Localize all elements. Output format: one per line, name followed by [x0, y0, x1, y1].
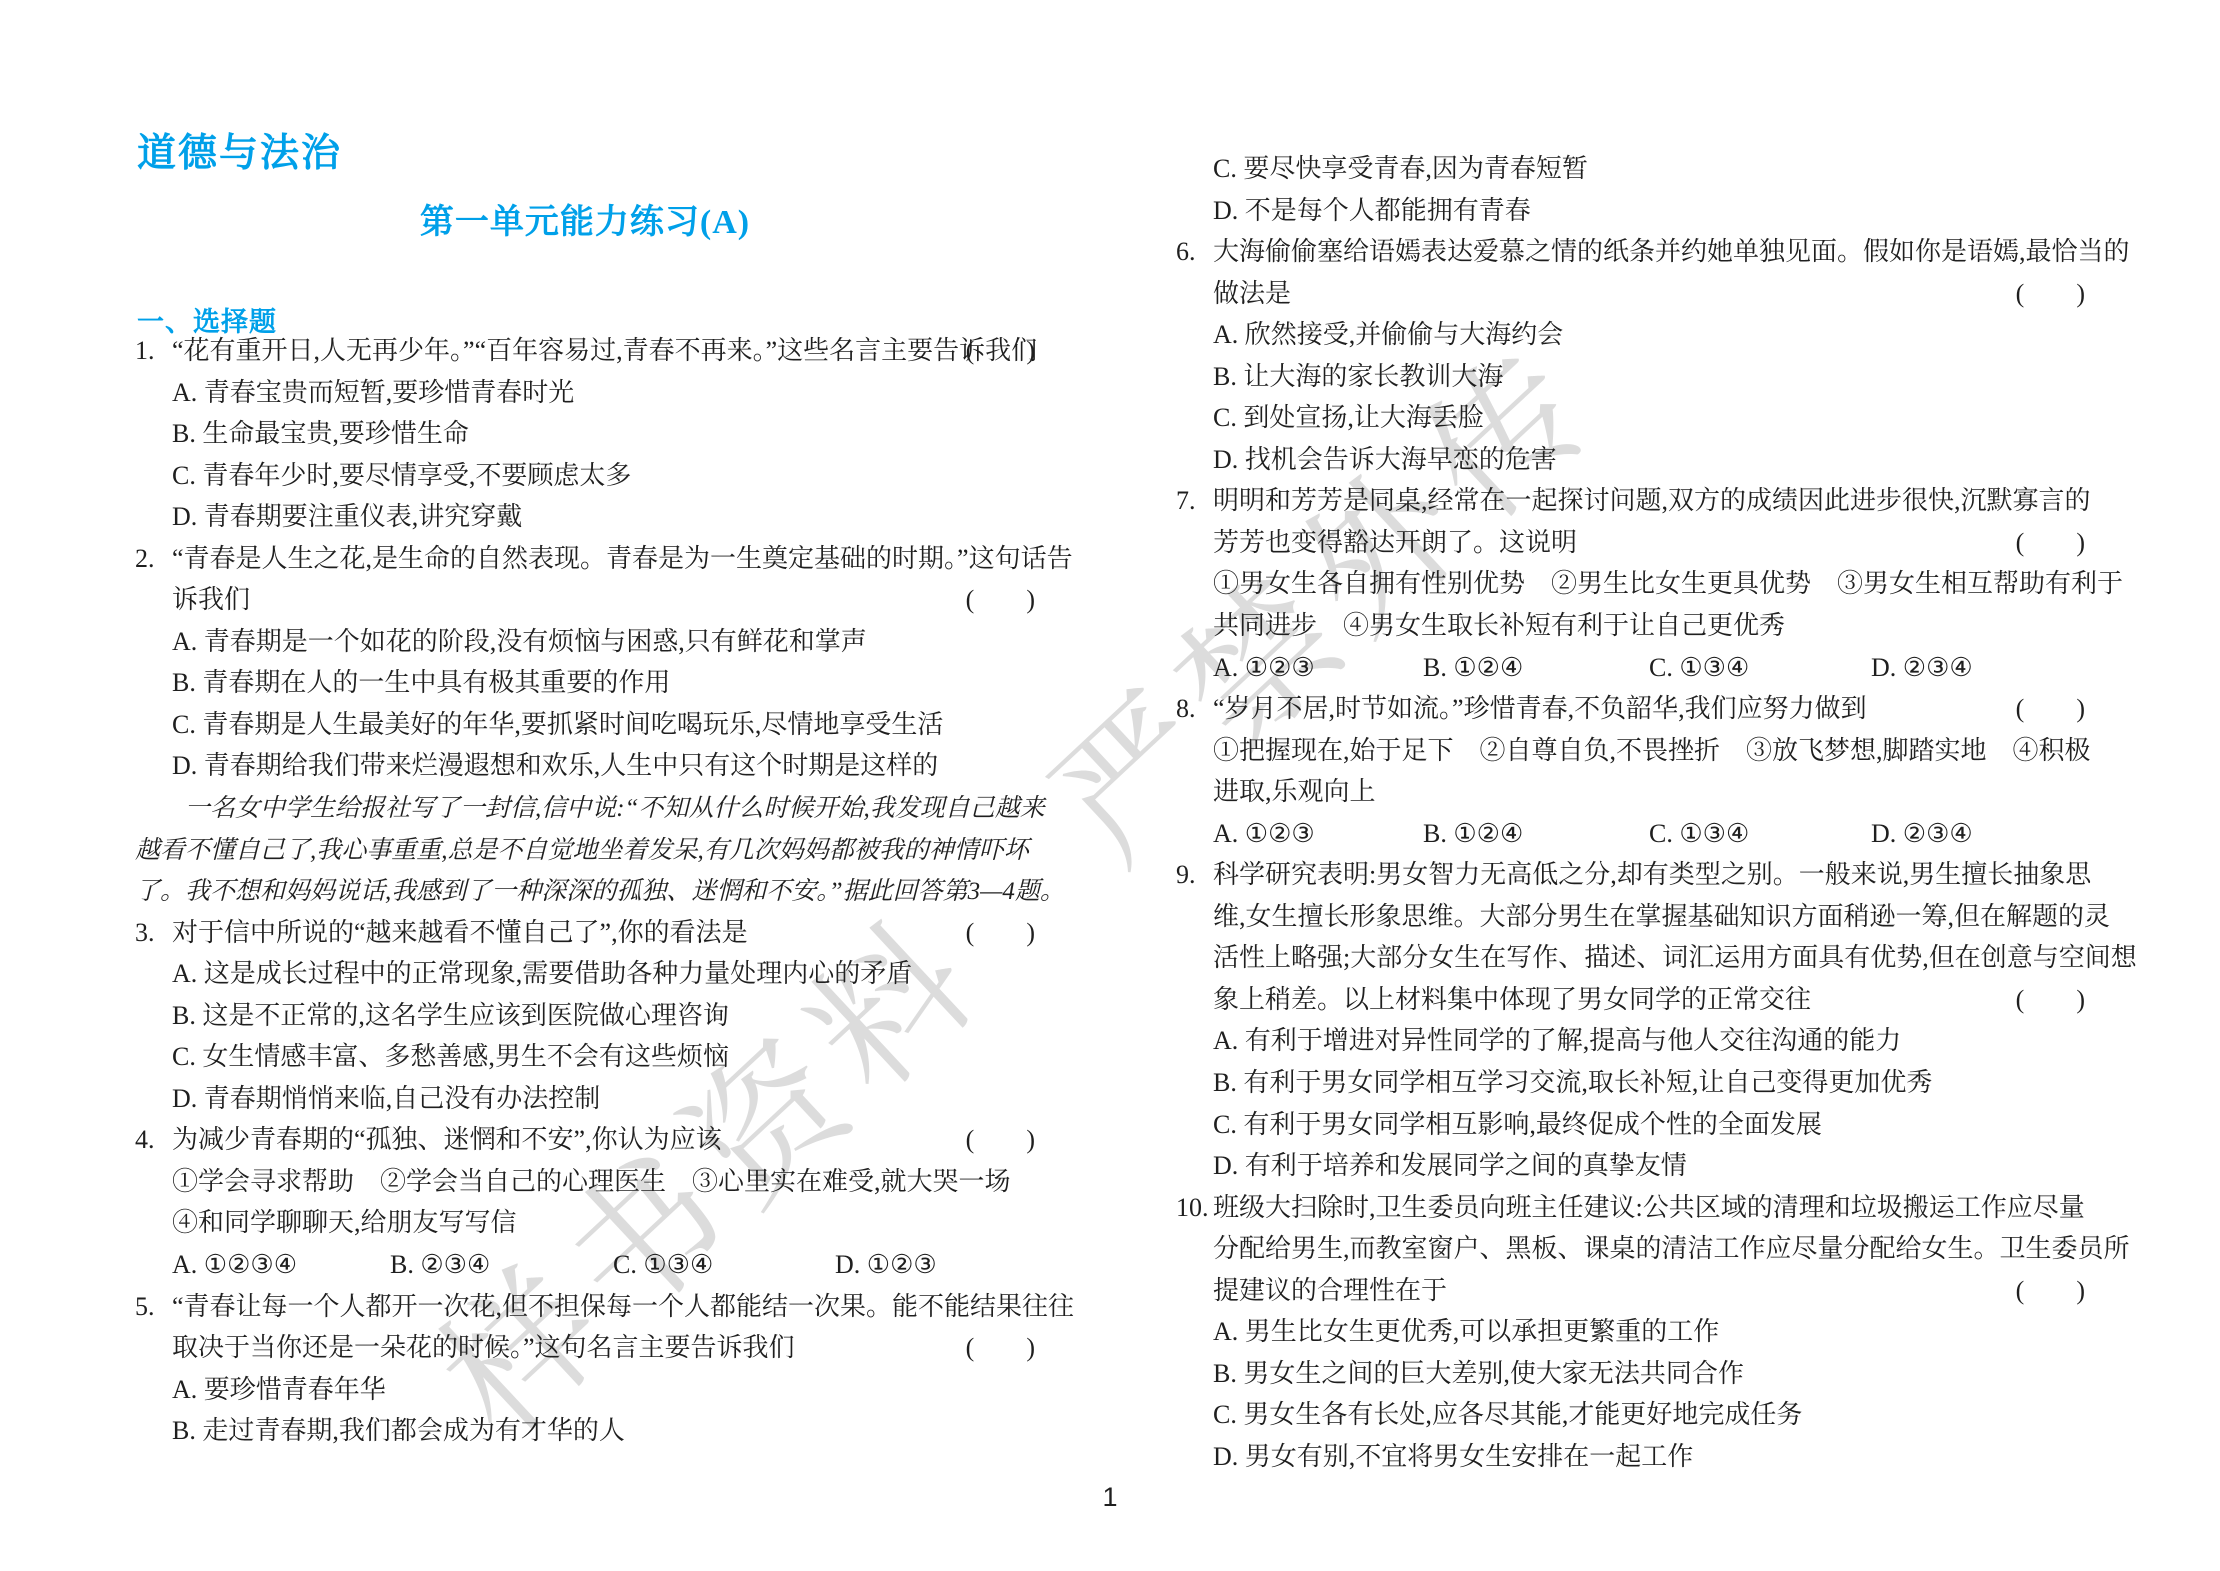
- line-text: 班级大扫除时,卫生委员向班主任建议:公共区域的清理和垃圾搬运工作应尽量: [1176, 1187, 2085, 1229]
- question-line: 7.明明和芳芳是同桌,经常在一起探讨问题,双方的成绩因此进步很快,沉默寡言的: [1176, 480, 2085, 522]
- question-number: 4.: [135, 1119, 155, 1161]
- option-line: B. 生命最宝贵,要珍惜生命: [135, 413, 1035, 455]
- line-text: C. 有利于男女同学相互影响,最终促成个性的全面发展: [1176, 1104, 1822, 1146]
- line-text: 越看不懂自己了,我心事重重,总是不自觉地坐着发呆,有几次妈妈都被我的神情吓坏: [135, 837, 1029, 864]
- option-line: C. 青春期是人生最美好的年华,要抓紧时间吃喝玩乐,尽情地享受生活: [135, 704, 1035, 746]
- line-text: C. 男女生各有长处,应各尽其能,才能更好地完成任务: [1176, 1394, 1802, 1436]
- line-text: 取决于当你还是一朵花的时候。”这句名言主要告诉我们: [135, 1327, 795, 1369]
- line-text: B. 生命最宝贵,要珍惜生命: [135, 413, 469, 455]
- answer-blank: ( ): [966, 330, 1035, 372]
- continuation-line: 进取,乐观向上: [1176, 771, 2085, 813]
- left-column: 1.“花有重开日,人无再少年。”“百年容易过,青春不再来。”这些名言主要告诉我们…: [135, 330, 1035, 1452]
- option-choice: B. ①②④: [1423, 647, 1523, 689]
- option-choice: A. ①②③: [1213, 813, 1315, 855]
- option-row: A. ①②③B. ①②④C. ①③④D. ②③④: [1176, 813, 2085, 855]
- option-row: A. ①②③④B. ②③④C. ①③④D. ①②③: [135, 1244, 1035, 1286]
- option-line: B. 走过青春期,我们都会成为有才华的人: [135, 1410, 1035, 1452]
- continuation-line: ①男女生各自拥有性别优势 ②男生比女生更具优势 ③男女生相互帮助有利于: [1176, 563, 2085, 605]
- line-text: D. 男女有别,不宜将男女生安排在一起工作: [1176, 1436, 1693, 1478]
- option-choice: B. ①②④: [1423, 813, 1523, 855]
- line-text: ①学会寻求帮助 ②学会当自己的心理医生 ③心里实在难受,就大哭一场: [135, 1161, 1011, 1203]
- line-text: 大海偷偷塞给语嫣表达爱慕之情的纸条并约她单独见面。假如你是语嫣,最恰当的: [1176, 231, 2130, 273]
- option-line: C. 有利于男女同学相互影响,最终促成个性的全面发展: [1176, 1104, 2085, 1146]
- line-text: “青春让每一个人都开一次花,但不担保每一个人都能结一次果。能不能结果往往: [135, 1286, 1074, 1328]
- option-line: C. 女生情感丰富、多愁善感,男生不会有这些烦恼: [135, 1036, 1035, 1078]
- question-number: 1.: [135, 330, 155, 372]
- line-text: B. 让大海的家长教训大海: [1176, 356, 1503, 398]
- line-text: 提建议的合理性在于: [1176, 1270, 1447, 1312]
- continuation-line: ①把握现在,始于足下 ②自尊自负,不畏挫折 ③放飞梦想,脚踏实地 ④积极: [1176, 730, 2085, 772]
- question-line: 8.“岁月不居,时节如流。”珍惜青春,不负韶华,我们应努力做到( ): [1176, 688, 2085, 730]
- question-number: 3.: [135, 912, 155, 954]
- line-text: 进取,乐观向上: [1176, 771, 1376, 813]
- continuation-line: 芳芳也变得豁达开朗了。这说明( ): [1176, 522, 2085, 564]
- line-text: 象上稍差。以上材料集中体现了男女同学的正常交往: [1176, 979, 1811, 1021]
- line-text: C. 女生情感丰富、多愁善感,男生不会有这些烦恼: [135, 1036, 729, 1078]
- option-line: D. 青春期悄悄来临,自己没有办法控制: [135, 1078, 1035, 1120]
- continuation-line: 诉我们( ): [135, 579, 1035, 621]
- option-line: A. 这是成长过程中的正常现象,需要借助各种力量处理内心的矛盾: [135, 953, 1035, 995]
- question-line: 1.“花有重开日,人无再少年。”“百年容易过,青春不再来。”这些名言主要告诉我们…: [135, 330, 1035, 372]
- continuation-line: 提建议的合理性在于( ): [1176, 1270, 2085, 1312]
- question-line: 10.班级大扫除时,卫生委员向班主任建议:公共区域的清理和垃圾搬运工作应尽量: [1176, 1187, 2085, 1229]
- question-line: 2.“青春是人生之花,是生命的自然表现。青春是为一生奠定基础的时期。”这句话告: [135, 538, 1035, 580]
- line-text: ④和同学聊聊天,给朋友写写信: [135, 1202, 517, 1244]
- option-choice: C. ①③④: [1649, 813, 1749, 855]
- line-text: 对于信中所说的“越来越看不懂自己了”,你的看法是: [135, 912, 748, 954]
- option-line: A. 青春宝贵而短暂,要珍惜青春时光: [135, 372, 1035, 414]
- option-line: D. 青春期要注重仪表,讲究穿戴: [135, 496, 1035, 538]
- question-line: 9.科学研究表明:男女智力无高低之分,却有类型之别。一般来说,男生擅长抽象思: [1176, 854, 2085, 896]
- answer-blank: ( ): [2016, 688, 2085, 730]
- option-line: C. 男女生各有长处,应各尽其能,才能更好地完成任务: [1176, 1394, 2085, 1436]
- line-text: C. 青春期是人生最美好的年华,要抓紧时间吃喝玩乐,尽情地享受生活: [135, 704, 943, 746]
- passage-line: 一名女中学生给报社写了一封信,信中说:“不知从什么时候开始,我发现自己越来: [135, 787, 1035, 829]
- option-line: B. 男女生之间的巨大差别,使大家无法共同合作: [1176, 1353, 2085, 1395]
- line-text: ①男女生各自拥有性别优势 ②男生比女生更具优势 ③男女生相互帮助有利于: [1176, 563, 2123, 605]
- line-text: A. 要珍惜青春年华: [135, 1369, 386, 1411]
- line-text: D. 有利于培养和发展同学之间的真挚友情: [1176, 1145, 1687, 1187]
- line-text: C. 到处宣扬,让大海丢脸: [1176, 397, 1484, 439]
- option-line: A. 青春期是一个如花的阶段,没有烦恼与困惑,只有鲜花和掌声: [135, 621, 1035, 663]
- line-text: B. 这是不正常的,这名学生应该到医院做心理咨询: [135, 995, 729, 1037]
- line-text: A. 男生比女生更优秀,可以承担更繁重的工作: [1176, 1311, 1719, 1353]
- option-line: D. 男女有别,不宜将男女生安排在一起工作: [1176, 1436, 2085, 1478]
- option-choice: C. ①③④: [613, 1244, 713, 1286]
- continuation-line: 做法是( ): [1176, 273, 2085, 315]
- answer-blank: ( ): [966, 579, 1035, 621]
- option-line: C. 青春年少时,要尽情享受,不要顾虑太多: [135, 455, 1035, 497]
- continuation-line: 分配给男生,而教室窗户、黑板、课桌的清洁工作应尽量分配给女生。卫生委员所: [1176, 1228, 2085, 1270]
- line-text: A. 有利于增进对异性同学的了解,提高与他人交往沟通的能力: [1176, 1020, 1901, 1062]
- question-number: 6.: [1176, 231, 1196, 273]
- option-line: A. 欣然接受,并偷偷与大海约会: [1176, 314, 2085, 356]
- line-text: A. 欣然接受,并偷偷与大海约会: [1176, 314, 1563, 356]
- line-text: C. 青春年少时,要尽情享受,不要顾虑太多: [135, 455, 631, 497]
- answer-blank: ( ): [2016, 273, 2085, 315]
- line-text: 科学研究表明:男女智力无高低之分,却有类型之别。一般来说,男生擅长抽象思: [1176, 854, 2091, 896]
- option-row: A. ①②③B. ①②④C. ①③④D. ②③④: [1176, 647, 2085, 689]
- answer-blank: ( ): [2016, 979, 2085, 1021]
- question-number: 7.: [1176, 480, 1196, 522]
- line-text: “花有重开日,人无再少年。”“百年容易过,青春不再来。”这些名言主要告诉我们: [135, 330, 1037, 372]
- unit-title: 第一单元能力练习(A): [135, 194, 1035, 243]
- continuation-line: ①学会寻求帮助 ②学会当自己的心理医生 ③心里实在难受,就大哭一场: [135, 1161, 1035, 1203]
- line-text: D. 青春期悄悄来临,自己没有办法控制: [135, 1078, 600, 1120]
- passage-line: 了。我不想和妈妈说话,我感到了一种深深的孤独、迷惘和不安。”据此回答第3—4题。: [135, 870, 1035, 912]
- option-line: D. 找机会告诉大海早恋的危害: [1176, 439, 2085, 481]
- line-text: B. 青春期在人的一生中具有极其重要的作用: [135, 662, 670, 704]
- line-text: 芳芳也变得豁达开朗了。这说明: [1176, 522, 1577, 564]
- option-choice: D. ②③④: [1871, 813, 1973, 855]
- answer-blank: ( ): [2016, 522, 2085, 564]
- option-choice: C. ①③④: [1649, 647, 1749, 689]
- question-line: 4.为减少青春期的“孤独、迷惘和不安”,你认为应该( ): [135, 1119, 1035, 1161]
- book-title: 道德与法治: [137, 122, 342, 178]
- passage-line: 越看不懂自己了,我心事重重,总是不自觉地坐着发呆,有几次妈妈都被我的神情吓坏: [135, 829, 1035, 871]
- option-line: B. 有利于男女同学相互学习交流,取长补短,让自己变得更加优秀: [1176, 1062, 2085, 1104]
- line-text: 明明和芳芳是同桌,经常在一起探讨问题,双方的成绩因此进步很快,沉默寡言的: [1176, 480, 2091, 522]
- line-text: “青春是人生之花,是生命的自然表现。青春是为一生奠定基础的时期。”这句话告: [135, 538, 1073, 580]
- line-text: D. 找机会告诉大海早恋的危害: [1176, 439, 1557, 481]
- question-number: 10.: [1176, 1187, 1209, 1229]
- question-line: 3.对于信中所说的“越来越看不懂自己了”,你的看法是( ): [135, 912, 1035, 954]
- line-text: 分配给男生,而教室窗户、黑板、课桌的清洁工作应尽量分配给女生。卫生委员所: [1176, 1228, 2130, 1270]
- continuation-line: 共同进步 ④男女生取长补短有利于让自己更优秀: [1176, 605, 2085, 647]
- textbook-page: 样书资料 严禁外传 道德与法治 第一单元能力练习(A) 一、选择题 1.“花有重…: [0, 0, 2220, 1571]
- option-line: A. 男生比女生更优秀,可以承担更繁重的工作: [1176, 1311, 2085, 1353]
- option-choice: B. ②③④: [390, 1244, 490, 1286]
- line-text: 维,女生擅长形象思维。大部分男生在掌握基础知识方面稍逊一筹,但在解题的灵: [1176, 896, 2110, 938]
- option-line: C. 要尽快享受青春,因为青春短暂: [1176, 148, 2085, 190]
- line-text: 活性上略强;大部分女生在写作、描述、词汇运用方面具有优势,但在创意与空间想: [1176, 937, 2137, 979]
- option-choice: D. ①②③: [835, 1244, 937, 1286]
- option-line: B. 青春期在人的一生中具有极其重要的作用: [135, 662, 1035, 704]
- answer-blank: ( ): [2016, 1270, 2085, 1312]
- line-text: 做法是: [1176, 273, 1291, 315]
- option-line: C. 到处宣扬,让大海丢脸: [1176, 397, 2085, 439]
- option-line: D. 有利于培养和发展同学之间的真挚友情: [1176, 1145, 2085, 1187]
- line-text: C. 要尽快享受青春,因为青春短暂: [1176, 148, 1588, 190]
- line-text: 一名女中学生给报社写了一封信,信中说:“不知从什么时候开始,我发现自己越来: [135, 788, 1045, 830]
- continuation-line: 象上稍差。以上材料集中体现了男女同学的正常交往( ): [1176, 979, 2085, 1021]
- right-column: C. 要尽快享受青春,因为青春短暂D. 不是每个人都能拥有青春6.大海偷偷塞给语…: [1176, 148, 2085, 1478]
- option-line: B. 这是不正常的,这名学生应该到医院做心理咨询: [135, 995, 1035, 1037]
- question-line: 5.“青春让每一个人都开一次花,但不担保每一个人都能结一次果。能不能结果往往: [135, 1286, 1035, 1328]
- line-text: 为减少青春期的“孤独、迷惘和不安”,你认为应该: [135, 1119, 722, 1161]
- question-number: 8.: [1176, 688, 1196, 730]
- page-number: 1: [0, 1482, 2220, 1513]
- option-line: A. 要珍惜青春年华: [135, 1369, 1035, 1411]
- option-choice: D. ②③④: [1871, 647, 1973, 689]
- line-text: “岁月不居,时节如流。”珍惜青春,不负韶华,我们应努力做到: [1176, 688, 1867, 730]
- answer-blank: ( ): [966, 1119, 1035, 1161]
- answer-blank: ( ): [966, 912, 1035, 954]
- line-text: A. 青春期是一个如花的阶段,没有烦恼与困惑,只有鲜花和掌声: [135, 621, 867, 663]
- line-text: D. 不是每个人都能拥有青春: [1176, 190, 1531, 232]
- line-text: ①把握现在,始于足下 ②自尊自负,不畏挫折 ③放飞梦想,脚踏实地 ④积极: [1176, 730, 2091, 772]
- continuation-line: 维,女生擅长形象思维。大部分男生在掌握基础知识方面稍逊一筹,但在解题的灵: [1176, 896, 2085, 938]
- line-text: B. 男女生之间的巨大差别,使大家无法共同合作: [1176, 1353, 1744, 1395]
- continuation-line: ④和同学聊聊天,给朋友写写信: [135, 1202, 1035, 1244]
- option-line: A. 有利于增进对异性同学的了解,提高与他人交往沟通的能力: [1176, 1020, 2085, 1062]
- option-line: D. 青春期给我们带来烂漫遐想和欢乐,人生中只有这个时期是这样的: [135, 745, 1035, 787]
- option-choice: A. ①②③④: [172, 1244, 297, 1286]
- line-text: 诉我们: [135, 579, 250, 621]
- option-line: B. 让大海的家长教训大海: [1176, 356, 2085, 398]
- line-text: 了。我不想和妈妈说话,我感到了一种深深的孤独、迷惘和不安。”据此回答第3—4题。: [135, 878, 1065, 905]
- line-text: B. 走过青春期,我们都会成为有才华的人: [135, 1410, 625, 1452]
- question-number: 5.: [135, 1286, 155, 1328]
- question-line: 6.大海偷偷塞给语嫣表达爱慕之情的纸条并约她单独见面。假如你是语嫣,最恰当的: [1176, 231, 2085, 273]
- line-text: A. 这是成长过程中的正常现象,需要借助各种力量处理内心的矛盾: [135, 953, 912, 995]
- line-text: D. 青春期要注重仪表,讲究穿戴: [135, 496, 522, 538]
- question-number: 9.: [1176, 854, 1196, 896]
- continuation-line: 活性上略强;大部分女生在写作、描述、词汇运用方面具有优势,但在创意与空间想: [1176, 937, 2085, 979]
- question-number: 2.: [135, 538, 155, 580]
- continuation-line: 取决于当你还是一朵花的时候。”这句名言主要告诉我们( ): [135, 1327, 1035, 1369]
- option-choice: A. ①②③: [1213, 647, 1315, 689]
- line-text: 共同进步 ④男女生取长补短有利于让自己更优秀: [1176, 605, 1785, 647]
- option-line: D. 不是每个人都能拥有青春: [1176, 190, 2085, 232]
- line-text: A. 青春宝贵而短暂,要珍惜青春时光: [135, 372, 574, 414]
- line-text: B. 有利于男女同学相互学习交流,取长补短,让自己变得更加优秀: [1176, 1062, 1932, 1104]
- line-text: D. 青春期给我们带来烂漫遐想和欢乐,人生中只有这个时期是这样的: [135, 745, 938, 787]
- answer-blank: ( ): [966, 1327, 1035, 1369]
